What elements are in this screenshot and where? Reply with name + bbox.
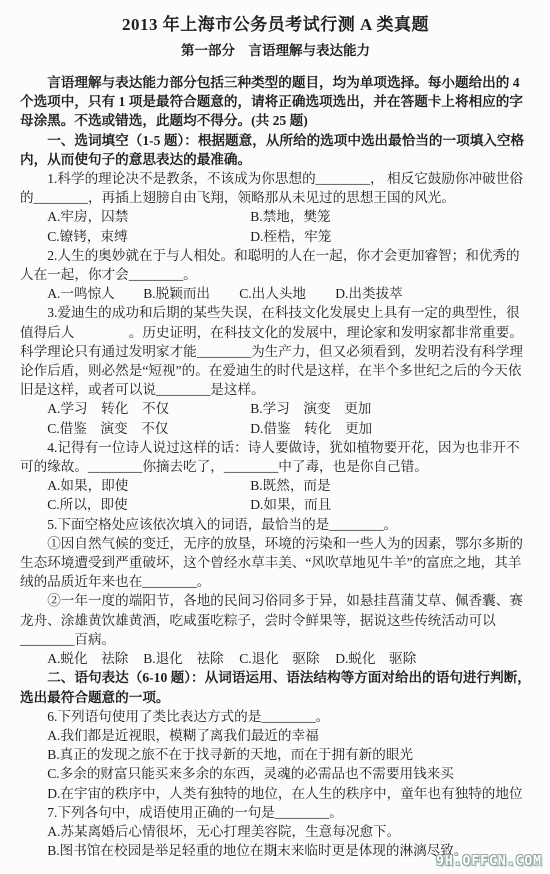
q5-option-d: D.蜕化 驱除 <box>335 651 416 666</box>
section2-heading: 二、语句表达（6-10 题）：从词语运用、语法结构等方面对给出的语句进行判断，选… <box>20 668 531 706</box>
q2-options-row: A.一鸣惊人B.脱颖而出C.出人头地D.出类拔萃 <box>20 284 531 303</box>
q3-options-row-ab: A.学习 转化 不仅B.学习 演变 更加 <box>20 399 531 418</box>
q3-option-a: A.学习 转化 不仅 <box>47 399 250 418</box>
q5-option-c: C.退化 驱除 <box>239 649 335 668</box>
question-1-text: 1.科学的理论决不是教条，不该成为你思想的________， 相反它鼓励你冲破世… <box>20 169 531 207</box>
part-heading: 第一部分 言语理解与表达能力 <box>20 39 531 59</box>
q4-option-c: C.所以，即使 <box>47 495 250 514</box>
exam-page: 2013 年上海市公务员考试行测 A 类真题 第一部分 言语理解与表达能力 言语… <box>0 0 550 874</box>
document-body: 言语理解与表达能力部分包括三种类型的题目，均为单项选择。每小题给出的 4 个选项… <box>20 73 531 860</box>
intro-paragraph: 言语理解与表达能力部分包括三种类型的题目，均为单项选择。每小题给出的 4 个选项… <box>20 73 531 131</box>
q1-option-d: D.桎梏，牢笼 <box>250 229 331 244</box>
q2-option-c: C.出人头地 <box>239 284 335 303</box>
q4-options-row-cd: C.所以，即使D.如果，而且 <box>20 495 531 514</box>
q4-option-d: D.如果，而且 <box>250 497 331 512</box>
page-title: 2013 年上海市公务员考试行测 A 类真题 <box>20 10 531 35</box>
q1-option-b: B.禁地，樊笼 <box>250 209 330 224</box>
q1-option-a: A.牢房，囚禁 <box>47 207 250 226</box>
q5-option-a: A.蜕化 祛除 <box>47 649 143 668</box>
q5-option-b: B.退化 祛除 <box>143 649 239 668</box>
q1-options-row-ab: A.牢房，囚禁B.禁地，樊笼 <box>20 207 531 226</box>
q2-option-d: D.出类拔萃 <box>335 286 403 301</box>
q6-option-a: A.我们都是近视眼，模糊了离我们最近的幸福 <box>20 726 531 745</box>
question-5-text: 5.下面空格处应该依次填入的词语，最恰当的是________。 <box>20 515 531 534</box>
q3-option-c: C.借鉴 演变 不仅 <box>47 419 250 438</box>
q4-option-a: A.如果，即使 <box>47 476 250 495</box>
question-2-text: 2.人生的奥妙就在于与人相处。和聪明的人在一起，你才会更加睿智；和优秀的人在一起… <box>20 246 531 284</box>
question-4-text: 4.记得有一位诗人说过这样的话：诗人要做诗，犹如植物要开花，因为也非开不可的缘故… <box>20 438 531 476</box>
watermark: 9H.OFFCN.COM <box>436 854 542 869</box>
q3-option-d: D.借鉴 转化 更加 <box>250 421 372 436</box>
q4-options-row-ab: A.如果，即使B.既然，而是 <box>20 476 531 495</box>
q5-item-2: ②一年一度的端阳节，各地的民间习俗同多于异，如悬挂菖蒲艾草、佩香囊、赛龙舟、涂雄… <box>20 591 531 649</box>
q1-option-c: C.镣铐，束缚 <box>47 227 250 246</box>
q2-option-a: A.一鸣惊人 <box>47 284 143 303</box>
section1-heading: 一、选词填空（1-5 题）：根据题意，从所给的选项中选出最恰当的一项填入空格内，… <box>20 131 531 169</box>
q1-options-row-cd: C.镣铐，束缚D.桎梏，牢笼 <box>20 227 531 246</box>
q6-option-c: C.多余的财富只能买来多余的东西，灵魂的必需品也不需要用钱来买 <box>20 764 531 783</box>
question-7-text: 7.下列各句中，成语使用正确的一句是________。 <box>20 803 531 822</box>
q3-option-b: B.学习 演变 更加 <box>250 401 371 416</box>
question-6-text: 6.下列语句使用了类比表达方式的是________。 <box>20 707 531 726</box>
q5-item-1: ①因自然气候的变迁，无序的放垦，环境的污染和一些人为的因素，鄂尔多斯的生态环境遭… <box>20 534 531 592</box>
q6-option-d: D.在宇宙的秩序中，人类有独特的地位，在人生的秩序中，童年也有独特的地位 <box>20 784 531 803</box>
question-3-text: 3.爱迪生的成功和后期的某些失误，在科技文化发展史上具有一定的典型性，很值得后人… <box>20 303 531 399</box>
q5-options-row: A.蜕化 祛除B.退化 祛除C.退化 驱除D.蜕化 驱除 <box>20 649 531 668</box>
q6-option-b: B.真正的发现之旅不在于找寻新的天地，而在于拥有新的眼光 <box>20 745 531 764</box>
q7-option-a: A.苏某离婚后心情很坏，无心打理美容院，生意每况愈下。 <box>20 822 531 841</box>
q3-options-row-cd: C.借鉴 演变 不仅D.借鉴 转化 更加 <box>20 419 531 438</box>
q4-option-b: B.既然，而是 <box>250 478 330 493</box>
q2-option-b: B.脱颖而出 <box>143 284 239 303</box>
